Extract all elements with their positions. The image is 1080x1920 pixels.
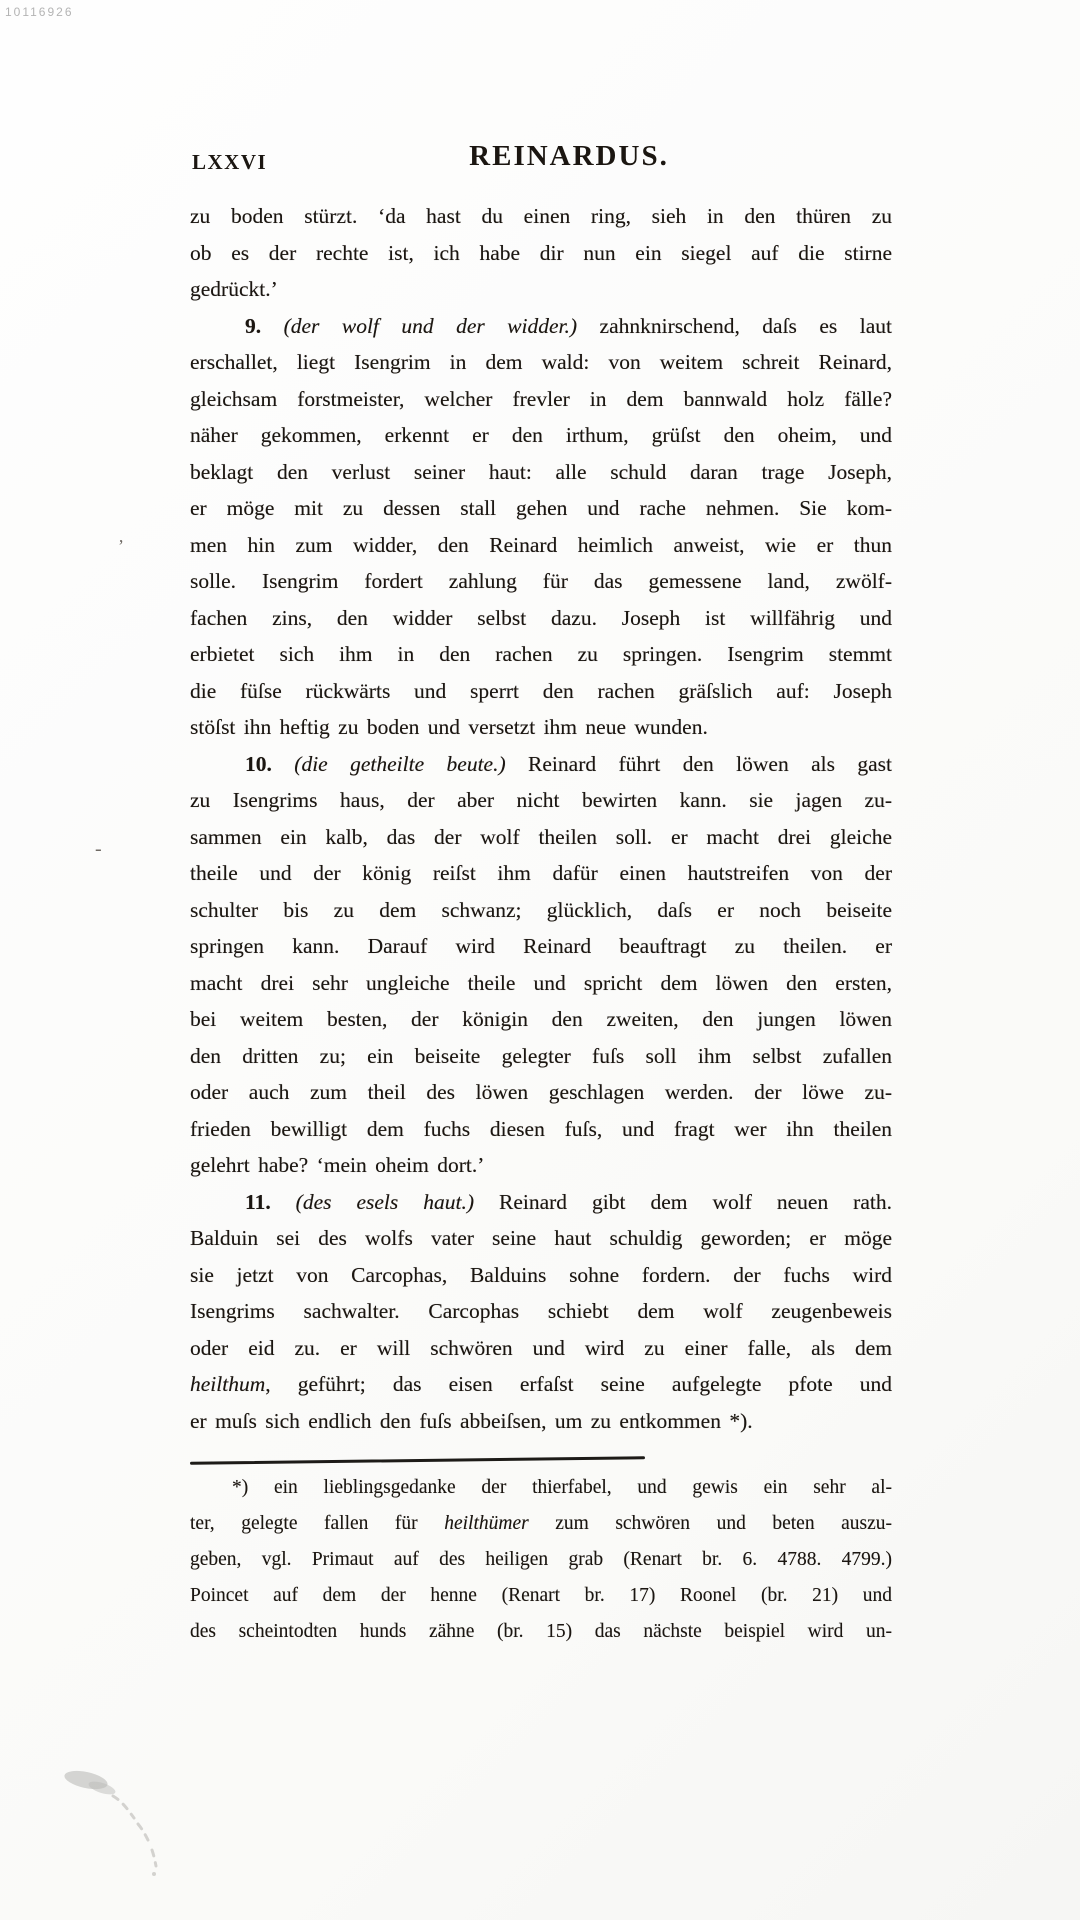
text-segment: des scheintodten hunds zähne (br. 15) da… bbox=[190, 1621, 892, 1642]
text-segment: Balduin sei des wolfs vater seine haut s… bbox=[190, 1226, 892, 1250]
scan-artifact-mark: ’ bbox=[118, 536, 124, 557]
text-segment: Reinard führt den löwen als gast bbox=[506, 752, 892, 776]
text-segment: , geführt; das eisen erfaſst seine aufge… bbox=[265, 1372, 892, 1396]
text-segment: oder auch zum theil des löwen geschlagen… bbox=[190, 1080, 892, 1104]
text-line: 11. (des esels haut.) Reinard gibt dem w… bbox=[190, 1184, 892, 1221]
text-segment: schulter bis zu dem schwanz; glücklich, … bbox=[190, 898, 892, 922]
text-segment: Poincet auf dem der henne (Renart br. 17… bbox=[190, 1585, 892, 1606]
text-line: gedrückt.’ bbox=[190, 271, 892, 308]
text-segment: zu boden stürzt. ‘da hast du einen ring,… bbox=[190, 204, 892, 228]
text-segment: Reinard gibt dem wolf neuen rath. bbox=[474, 1190, 892, 1214]
text-line: fachen zins, den widder selbst dazu. Jos… bbox=[190, 600, 892, 637]
text-line: den dritten zu; ein beiseite gelegter fu… bbox=[190, 1038, 892, 1075]
text-line: ob es der rechte ist, ich habe dir nun e… bbox=[190, 235, 892, 272]
text-segment: macht drei sehr ungleiche theile und spr… bbox=[190, 971, 892, 995]
text-segment: erschallet, liegt Isengrim in dem wald: … bbox=[190, 350, 892, 374]
text-segment: gelehrt habe? ‘mein oheim dort.’ bbox=[190, 1153, 484, 1177]
text-segment: zahnknirschend, daſs es laut bbox=[577, 314, 892, 338]
text-segment: den dritten zu; ein beiseite gelegter fu… bbox=[190, 1044, 892, 1068]
italic-text: (der wolf und der widder.) bbox=[284, 314, 577, 338]
text-line: theile und der könig reiſst ihm dafür ei… bbox=[190, 855, 892, 892]
text-segment: ter, gelegte fallen für bbox=[190, 1513, 444, 1534]
page-header: LXXVI REINARDUS. bbox=[190, 140, 892, 180]
text-line: erschallet, liegt Isengrim in dem wald: … bbox=[190, 344, 892, 381]
text-line: 10. (die getheilte beute.) Reinard führt… bbox=[190, 746, 892, 783]
footnote-separator bbox=[190, 1456, 645, 1465]
ink-smudge bbox=[58, 1758, 188, 1883]
text-segment: geben, vgl. Primaut auf des heiligen gra… bbox=[190, 1549, 892, 1570]
text-segment: sie jetzt von Carcophas, Balduins sohne … bbox=[190, 1263, 892, 1287]
text-segment: theile und der könig reiſst ihm dafür ei… bbox=[190, 861, 892, 885]
section-number: 10. bbox=[245, 752, 294, 776]
text-segment: oder eid zu. er will schwören und wird z… bbox=[190, 1336, 892, 1360]
text-segment: solle. Isengrim fordert zahlung für das … bbox=[190, 569, 892, 593]
text-line: erbietet sich ihm in den rachen zu sprin… bbox=[190, 636, 892, 673]
text-segment: erbietet sich ihm in den rachen zu sprin… bbox=[190, 642, 892, 666]
text-line: schulter bis zu dem schwanz; glücklich, … bbox=[190, 892, 892, 929]
text-segment: sammen ein kalb, das der wolf theilen so… bbox=[190, 825, 892, 849]
text-segment: fachen zins, den widder selbst dazu. Jos… bbox=[190, 606, 892, 630]
text-line: gleichsam forstmeister, welcher frevler … bbox=[190, 381, 892, 418]
text-line: Poincet auf dem der henne (Renart br. 17… bbox=[190, 1578, 892, 1614]
text-line: Isengrims sachwalter. Carcophas schiebt … bbox=[190, 1293, 892, 1330]
text-segment: die füſse rückwärts und sperrt den rache… bbox=[190, 679, 892, 703]
page-title: REINARDUS. bbox=[218, 140, 920, 173]
text-line: stöſst ihn heftig zu boden und versetzt … bbox=[190, 709, 892, 746]
text-line: geben, vgl. Primaut auf des heiligen gra… bbox=[190, 1542, 892, 1578]
text-line: gelehrt habe? ‘mein oheim dort.’ bbox=[190, 1147, 892, 1184]
text-segment: ob es der rechte ist, ich habe dir nun e… bbox=[190, 241, 892, 265]
text-line: näher gekommen, erkennt er den irthum, g… bbox=[190, 417, 892, 454]
text-line: oder auch zum theil des löwen geschlagen… bbox=[190, 1074, 892, 1111]
text-line: heilthum, geführt; das eisen erfaſst sei… bbox=[190, 1366, 892, 1403]
italic-text: (die getheilte beute.) bbox=[294, 752, 505, 776]
text-line: Balduin sei des wolfs vater seine haut s… bbox=[190, 1220, 892, 1257]
text-segment: zu Isengrims haus, der aber nicht bewirt… bbox=[190, 788, 892, 812]
text-segment: frieden bewilligt dem fuchs diesen fuſs,… bbox=[190, 1117, 892, 1141]
scan-id-watermark: 10116926 bbox=[5, 5, 74, 19]
text-line: oder eid zu. er will schwören und wird z… bbox=[190, 1330, 892, 1367]
text-segment: Isengrims sachwalter. Carcophas schiebt … bbox=[190, 1299, 892, 1323]
text-segment: gedrückt.’ bbox=[190, 277, 278, 301]
text-line: springen kann. Darauf wird Reinard beauf… bbox=[190, 928, 892, 965]
text-segment: men hin zum widder, den Reinard heimlich… bbox=[190, 533, 892, 557]
text-line: beklagt den verlust seiner haut: alle sc… bbox=[190, 454, 892, 491]
text-line: er möge mit zu dessen stall gehen und ra… bbox=[190, 490, 892, 527]
footnote: *) ein lieblingsgedanke der thierfabel, … bbox=[190, 1470, 892, 1650]
section-number: 9. bbox=[245, 314, 284, 338]
text-segment: zum schwören und beten auszu- bbox=[529, 1513, 892, 1534]
text-line: *) ein lieblingsgedanke der thierfabel, … bbox=[190, 1470, 892, 1506]
scanned-book-page: 10116926 LXXVI REINARDUS. zu boden stürz… bbox=[0, 0, 1080, 1920]
section-number: 11. bbox=[245, 1190, 296, 1214]
italic-text: (des esels haut.) bbox=[296, 1190, 474, 1214]
text-segment: er muſs sich endlich den fuſs abbeiſsen,… bbox=[190, 1409, 753, 1433]
text-line: frieden bewilligt dem fuchs diesen fuſs,… bbox=[190, 1111, 892, 1148]
text-line: macht drei sehr ungleiche theile und spr… bbox=[190, 965, 892, 1002]
text-segment: gleichsam forstmeister, welcher frevler … bbox=[190, 387, 892, 411]
scan-artifact-mark: - bbox=[95, 838, 102, 861]
text-segment: bei weitem besten, der königin den zweit… bbox=[190, 1007, 892, 1031]
text-line: sammen ein kalb, das der wolf theilen so… bbox=[190, 819, 892, 856]
text-line: solle. Isengrim fordert zahlung für das … bbox=[190, 563, 892, 600]
text-line: die füſse rückwärts und sperrt den rache… bbox=[190, 673, 892, 710]
text-segment: stöſst ihn heftig zu boden und versetzt … bbox=[190, 715, 708, 739]
body-text: zu boden stürzt. ‘da hast du einen ring,… bbox=[190, 198, 892, 1439]
text-segment: *) ein lieblingsgedanke der thierfabel, … bbox=[232, 1477, 892, 1498]
text-line: zu Isengrims haus, der aber nicht bewirt… bbox=[190, 782, 892, 819]
text-line: er muſs sich endlich den fuſs abbeiſsen,… bbox=[190, 1403, 892, 1440]
text-line: ter, gelegte fallen für heilthümer zum s… bbox=[190, 1506, 892, 1542]
text-line: sie jetzt von Carcophas, Balduins sohne … bbox=[190, 1257, 892, 1294]
text-line: 9. (der wolf und der widder.) zahnknirsc… bbox=[190, 308, 892, 345]
text-segment: er möge mit zu dessen stall gehen und ra… bbox=[190, 496, 892, 520]
text-line: zu boden stürzt. ‘da hast du einen ring,… bbox=[190, 198, 892, 235]
text-segment: springen kann. Darauf wird Reinard beauf… bbox=[190, 934, 892, 958]
text-segment: näher gekommen, erkennt er den irthum, g… bbox=[190, 423, 892, 447]
italic-text: heilthümer bbox=[444, 1513, 528, 1534]
text-line: bei weitem besten, der königin den zweit… bbox=[190, 1001, 892, 1038]
italic-text: heilthum bbox=[190, 1372, 265, 1396]
text-line: des scheintodten hunds zähne (br. 15) da… bbox=[190, 1614, 892, 1650]
text-segment: beklagt den verlust seiner haut: alle sc… bbox=[190, 460, 892, 484]
text-line: men hin zum widder, den Reinard heimlich… bbox=[190, 527, 892, 564]
